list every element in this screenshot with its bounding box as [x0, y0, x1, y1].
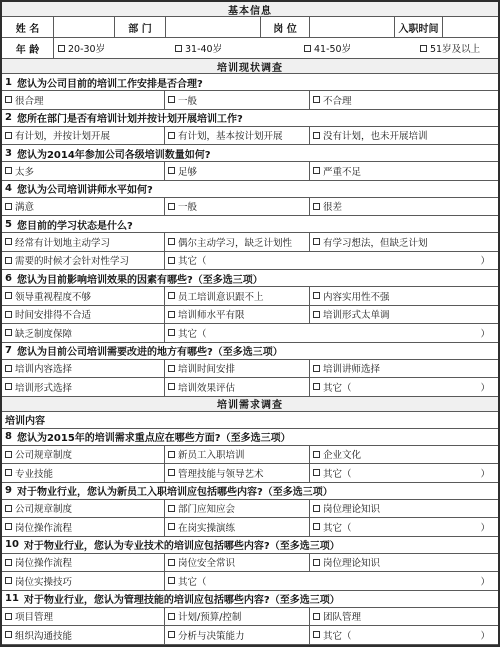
- options-row: 有计划，并按计划开展有计划，基本按计划开展没有计划，也未开展培训: [2, 127, 498, 146]
- name-label: 姓 名: [2, 17, 53, 37]
- checkbox-icon[interactable]: [313, 631, 320, 638]
- question-text: 您认为2014年参加公司各级培训数量如何?: [17, 146, 211, 161]
- option-label: 严重不足: [323, 164, 361, 178]
- age-option-cell[interactable]: 41-50岁: [304, 41, 420, 55]
- option-label: 培训讲师选择: [323, 361, 380, 375]
- question-text: 您认为公司目前的培训工作安排是否合理?: [17, 75, 203, 90]
- checkbox-icon[interactable]: [168, 559, 175, 566]
- option-label: 有计划，并按计划开展: [15, 128, 110, 142]
- option-cell[interactable]: 其它（）: [164, 252, 498, 270]
- checkbox-icon[interactable]: [313, 505, 320, 512]
- checkbox-icon[interactable]: [5, 613, 12, 620]
- checkbox-icon[interactable]: [5, 505, 12, 512]
- option-label: 其它（: [178, 326, 207, 340]
- option-label: 一般: [178, 93, 197, 107]
- option-cell[interactable]: 员工培训意识跟不上: [164, 287, 309, 305]
- age-row: 年 龄 20-30岁 31-40岁 41-50岁 51岁及以上: [2, 38, 498, 59]
- options-row: 公司规章制度部门应知应会岗位理论知识: [2, 500, 498, 519]
- name-input[interactable]: [53, 17, 114, 37]
- option-cell[interactable]: 没有计划，也未开展培训: [309, 127, 498, 145]
- option-label: 企业文化: [323, 447, 361, 461]
- age-options-cell: 20-30岁 31-40岁 41-50岁 51岁及以上: [53, 38, 498, 58]
- position-label: 岗 位: [260, 17, 309, 37]
- paren-close: ）: [480, 253, 498, 267]
- section-header: 培训需求调查: [2, 397, 498, 412]
- checkbox-icon[interactable]: [5, 577, 12, 584]
- option-label: 一般: [178, 199, 197, 213]
- question-text: 您认为2015年的培训需求重点应在哪些方面?（至多选三项）: [17, 429, 291, 444]
- option-label: 有学习想法，但缺乏计划: [323, 235, 428, 249]
- option-label: 领导重视程度不够: [15, 289, 91, 303]
- option-label: 培训形式选择: [15, 380, 72, 394]
- option-label: 20-30岁: [68, 41, 105, 55]
- option-label: 太多: [15, 164, 34, 178]
- question-text: 您认为公司培训讲师水平如何?: [17, 181, 153, 196]
- checkbox-icon[interactable]: [313, 451, 320, 458]
- option-label: 其它（: [323, 520, 352, 534]
- subsection-title: 培训内容: [2, 412, 498, 429]
- question-number: 4: [5, 183, 12, 194]
- option-label: 培训师水平有限: [178, 307, 245, 321]
- option-label: 管理技能与领导艺术: [178, 466, 264, 480]
- option-cell[interactable]: 培训形式选择: [2, 378, 164, 396]
- options-row: 满意一般很差: [2, 198, 498, 217]
- checkbox-icon[interactable]: [168, 577, 175, 584]
- option-cell[interactable]: 管理技能与领导艺术: [164, 464, 309, 482]
- option-label: 岗位实操技巧: [15, 574, 72, 588]
- question-text: 您所在部门是否有培训计划并按计划开展培训工作?: [17, 110, 243, 125]
- option-cell[interactable]: 太多: [2, 162, 164, 180]
- option-cell[interactable]: 岗位安全常识: [164, 554, 309, 572]
- option-cell[interactable]: 有学习想法，但缺乏计划: [309, 233, 498, 251]
- checkbox-icon[interactable]: [5, 469, 12, 476]
- checkbox-icon[interactable]: [5, 559, 12, 566]
- option-label: 组织沟通技能: [15, 628, 72, 642]
- option-label: 需要的时候才会针对性学习: [15, 253, 129, 267]
- question-title-row: 1您认为公司目前的培训工作安排是否合理?: [2, 74, 498, 91]
- option-cell[interactable]: 公司规章制度: [2, 500, 164, 518]
- option-cell[interactable]: 领导重视程度不够: [2, 287, 164, 305]
- checkbox-icon[interactable]: [168, 167, 175, 174]
- question-title-row: 9对于物业行业，您认为新员工入职培训应包括哪些内容?（至多选三项）: [2, 483, 498, 500]
- checkbox-icon[interactable]: [313, 383, 320, 390]
- age-label: 年 龄: [2, 38, 53, 58]
- question-title-row: 11对于物业行业，您认为管理技能的培训应包括哪些内容?（至多选三项）: [2, 591, 498, 608]
- option-label: 部门应知应会: [178, 501, 235, 515]
- checkbox-icon[interactable]: [58, 45, 65, 52]
- option-cell[interactable]: 其它（）: [164, 572, 498, 590]
- option-label: 足够: [178, 164, 197, 178]
- option-cell[interactable]: 岗位操作流程: [2, 518, 164, 536]
- checkbox-icon[interactable]: [313, 613, 320, 620]
- checkbox-icon[interactable]: [168, 257, 175, 264]
- checkbox-icon[interactable]: [168, 365, 175, 372]
- option-label: 很合理: [15, 93, 44, 107]
- option-cell[interactable]: 有计划，基本按计划开展: [164, 127, 309, 145]
- option-cell[interactable]: 组织沟通技能: [2, 626, 164, 644]
- option-label: 时间安排得不合适: [15, 307, 91, 321]
- question-number: 3: [5, 148, 12, 159]
- option-cell[interactable]: 经常有计划地主动学习: [2, 233, 164, 251]
- option-cell[interactable]: 培训时间安排: [164, 360, 309, 378]
- option-label: 培训内容选择: [15, 361, 72, 375]
- option-label: 公司规章制度: [15, 501, 72, 515]
- option-cell[interactable]: 培训讲师选择: [309, 360, 498, 378]
- fields-row: 姓 名 部 门 岗 位 入职时间: [2, 17, 498, 38]
- option-cell[interactable]: 公司规章制度: [2, 446, 164, 464]
- option-cell[interactable]: 在岗实操演练: [164, 518, 309, 536]
- option-cell[interactable]: 很差: [309, 198, 498, 216]
- question-text: 对于物业行业，您认为专业技术的培训应包括哪些内容?（至多选三项）: [24, 537, 340, 552]
- checkbox-icon[interactable]: [313, 469, 320, 476]
- options-row: 岗位实操技巧其它（）: [2, 572, 498, 591]
- question-text: 对于物业行业，您认为新员工入职培训应包括哪些内容?（至多选三项）: [17, 483, 333, 498]
- option-cell[interactable]: 其它（）: [309, 464, 498, 482]
- checkbox-icon[interactable]: [5, 631, 12, 638]
- option-cell[interactable]: 项目管理: [2, 608, 164, 626]
- option-label: 团队管理: [323, 609, 361, 623]
- checkbox-icon[interactable]: [5, 96, 12, 103]
- options-row: 公司规章制度新员工入职培训企业文化: [2, 446, 498, 465]
- option-label: 培训效果评估: [178, 380, 235, 394]
- checkbox-icon[interactable]: [5, 329, 12, 336]
- survey-sections: 培训现状调查1您认为公司目前的培训工作安排是否合理?很合理一般不合理2您所在部门…: [2, 59, 498, 645]
- survey-form: 基本信息 姓 名 部 门 岗 位 入职时间 年 龄 20-30岁 31-40岁 …: [0, 0, 500, 647]
- option-label: 内容实用性不强: [323, 289, 390, 303]
- checkbox-icon[interactable]: [313, 292, 320, 299]
- options-row: 太多足够严重不足: [2, 162, 498, 181]
- option-label: 31-40岁: [185, 41, 222, 55]
- department-input[interactable]: [165, 17, 260, 37]
- checkbox-icon[interactable]: [5, 311, 12, 318]
- option-label: 有计划，基本按计划开展: [178, 128, 283, 142]
- checkbox-icon[interactable]: [168, 613, 175, 620]
- option-cell[interactable]: 企业文化: [309, 446, 498, 464]
- question-text: 您目前的学习状态是什么?: [17, 217, 133, 232]
- option-label: 岗位操作流程: [15, 555, 72, 569]
- option-cell[interactable]: 其它（）: [309, 626, 498, 644]
- department-label: 部 门: [114, 17, 165, 37]
- option-cell[interactable]: 严重不足: [309, 162, 498, 180]
- paren-close: ）: [480, 520, 498, 534]
- option-label: 培训形式太单调: [323, 307, 390, 321]
- question-title-row: 5您目前的学习状态是什么?: [2, 216, 498, 233]
- checkbox-icon[interactable]: [168, 203, 175, 210]
- option-label: 很差: [323, 199, 342, 213]
- option-cell[interactable]: 岗位操作流程: [2, 554, 164, 572]
- checkbox-icon[interactable]: [168, 311, 175, 318]
- option-cell[interactable]: 时间安排得不合适: [2, 306, 164, 324]
- checkbox-icon[interactable]: [5, 451, 12, 458]
- options-row: 项目管理计划/预算/控制团队管理: [2, 608, 498, 627]
- hire-date-input[interactable]: [442, 17, 498, 37]
- checkbox-icon[interactable]: [313, 96, 320, 103]
- option-cell[interactable]: 培训形式太单调: [309, 306, 498, 324]
- option-label: 其它（: [323, 628, 352, 642]
- option-label: 公司规章制度: [15, 447, 72, 461]
- option-label: 岗位理论知识: [323, 555, 380, 569]
- checkbox-icon[interactable]: [313, 167, 320, 174]
- option-cell[interactable]: 满意: [2, 198, 164, 216]
- option-label: 岗位操作流程: [15, 520, 72, 534]
- option-label: 分析与决策能力: [178, 628, 245, 642]
- option-label: 经常有计划地主动学习: [15, 235, 110, 249]
- option-label: 没有计划，也未开展培训: [323, 128, 428, 142]
- option-cell[interactable]: 专业技能: [2, 464, 164, 482]
- option-cell[interactable]: 岗位理论知识: [309, 554, 498, 572]
- options-row: 很合理一般不合理: [2, 91, 498, 110]
- options-row: 组织沟通技能分析与决策能力其它（）: [2, 626, 498, 645]
- checkbox-icon[interactable]: [5, 132, 12, 139]
- options-row: 需要的时候才会针对性学习其它（）: [2, 252, 498, 271]
- checkbox-icon[interactable]: [5, 257, 12, 264]
- checkbox-icon[interactable]: [168, 523, 175, 530]
- question-number: 9: [5, 485, 12, 496]
- question-title-row: 4您认为公司培训讲师水平如何?: [2, 181, 498, 198]
- checkbox-icon[interactable]: [5, 238, 12, 245]
- option-label: 41-50岁: [314, 41, 351, 55]
- option-label: 计划/预算/控制: [178, 609, 241, 623]
- option-label: 其它（: [323, 466, 352, 480]
- option-label: 培训时间安排: [178, 361, 235, 375]
- option-cell[interactable]: 需要的时候才会针对性学习: [2, 252, 164, 270]
- checkbox-icon[interactable]: [168, 383, 175, 390]
- option-cell[interactable]: 内容实用性不强: [309, 287, 498, 305]
- paren-close: ）: [480, 628, 498, 642]
- option-cell[interactable]: 分析与决策能力: [164, 626, 309, 644]
- option-cell[interactable]: 其它（）: [309, 378, 498, 396]
- checkbox-icon[interactable]: [5, 365, 12, 372]
- question-text: 您认为目前影响培训效果的因素有哪些?（至多选三项）: [17, 271, 263, 286]
- option-label: 岗位理论知识: [323, 501, 380, 515]
- question-number: 10: [5, 539, 19, 550]
- question-number: 11: [5, 593, 19, 604]
- checkbox-icon[interactable]: [168, 96, 175, 103]
- option-cell[interactable]: 一般: [164, 198, 309, 216]
- option-label: 其它（: [323, 380, 352, 394]
- option-cell[interactable]: 其它（）: [309, 518, 498, 536]
- checkbox-icon[interactable]: [168, 132, 175, 139]
- option-label: 缺乏制度保障: [15, 326, 72, 340]
- question-title-row: 8您认为2015年的培训需求重点应在哪些方面?（至多选三项）: [2, 429, 498, 446]
- option-cell[interactable]: 培训内容选择: [2, 360, 164, 378]
- options-row: 经常有计划地主动学习偶尔主动学习，缺乏计划性有学习想法，但缺乏计划: [2, 233, 498, 252]
- checkbox-icon[interactable]: [313, 523, 320, 530]
- options-row: 缺乏制度保障其它（）: [2, 324, 498, 343]
- question-number: 8: [5, 431, 12, 442]
- checkbox-icon[interactable]: [304, 45, 311, 52]
- option-cell[interactable]: 培训效果评估: [164, 378, 309, 396]
- option-label: 新员工入职培训: [178, 447, 245, 461]
- option-cell[interactable]: 岗位实操技巧: [2, 572, 164, 590]
- option-cell[interactable]: 很合理: [2, 91, 164, 109]
- checkbox-icon[interactable]: [168, 329, 175, 336]
- option-cell[interactable]: 部门应知应会: [164, 500, 309, 518]
- checkbox-icon[interactable]: [313, 203, 320, 210]
- checkbox-icon[interactable]: [5, 383, 12, 390]
- checkbox-icon[interactable]: [168, 631, 175, 638]
- checkbox-icon[interactable]: [175, 45, 182, 52]
- options-row: 培训形式选择培训效果评估其它（）: [2, 378, 498, 397]
- age-option-cell[interactable]: 31-40岁: [175, 41, 304, 55]
- question-title-row: 6您认为目前影响培训效果的因素有哪些?（至多选三项）: [2, 270, 498, 287]
- paren-close: ）: [480, 466, 498, 480]
- option-cell[interactable]: 其它（）: [164, 324, 498, 342]
- paren-close: ）: [480, 380, 498, 394]
- options-row: 岗位操作流程岗位安全常识岗位理论知识: [2, 554, 498, 573]
- option-label: 在岗实操演练: [178, 520, 235, 534]
- question-title-row: 7您认为目前公司培训需要改进的地方有哪些?（至多选三项）: [2, 343, 498, 360]
- option-cell[interactable]: 计划/预算/控制: [164, 608, 309, 626]
- question-title-row: 3您认为2014年参加公司各级培训数量如何?: [2, 145, 498, 162]
- question-title-row: 2您所在部门是否有培训计划并按计划开展培训工作?: [2, 110, 498, 127]
- option-label: 51岁及以上: [430, 41, 480, 55]
- question-text: 对于物业行业，您认为管理技能的培训应包括哪些内容?（至多选三项）: [24, 591, 340, 606]
- checkbox-icon[interactable]: [313, 559, 320, 566]
- option-cell[interactable]: 缺乏制度保障: [2, 324, 164, 342]
- options-row: 培训内容选择培训时间安排培训讲师选择: [2, 360, 498, 379]
- checkbox-icon[interactable]: [168, 451, 175, 458]
- checkbox-icon[interactable]: [313, 238, 320, 245]
- option-label: 不合理: [323, 93, 352, 107]
- option-label: 专业技能: [15, 466, 53, 480]
- checkbox-icon[interactable]: [313, 365, 320, 372]
- question-number: 5: [5, 219, 12, 230]
- option-cell[interactable]: 有计划，并按计划开展: [2, 127, 164, 145]
- option-cell[interactable]: 一般: [164, 91, 309, 109]
- question-text: 您认为目前公司培训需要改进的地方有哪些?（至多选三项）: [17, 343, 283, 358]
- checkbox-icon[interactable]: [5, 203, 12, 210]
- option-cell[interactable]: 偶尔主动学习，缺乏计划性: [164, 233, 309, 251]
- option-label: 其它（: [178, 253, 207, 267]
- option-cell[interactable]: 新员工入职培训: [164, 446, 309, 464]
- option-cell[interactable]: 足够: [164, 162, 309, 180]
- option-cell[interactable]: 岗位理论知识: [309, 500, 498, 518]
- option-label: 其它（: [178, 574, 207, 588]
- checkbox-icon[interactable]: [5, 292, 12, 299]
- option-cell[interactable]: 团队管理: [309, 608, 498, 626]
- checkbox-icon[interactable]: [313, 132, 320, 139]
- question-number: 2: [5, 112, 12, 123]
- age-option-cell[interactable]: 20-30岁: [58, 41, 175, 55]
- checkbox-icon[interactable]: [168, 505, 175, 512]
- option-label: 员工培训意识跟不上: [178, 289, 264, 303]
- option-label: 项目管理: [15, 609, 53, 623]
- question-number: 1: [5, 77, 12, 88]
- checkbox-icon[interactable]: [168, 238, 175, 245]
- section-header: 培训现状调查: [2, 59, 498, 74]
- position-input[interactable]: [309, 17, 394, 37]
- age-option-cell[interactable]: 51岁及以上: [420, 41, 498, 55]
- options-row: 领导重视程度不够员工培训意识跟不上内容实用性不强: [2, 287, 498, 306]
- paren-close: ）: [480, 326, 498, 340]
- checkbox-icon[interactable]: [5, 167, 12, 174]
- option-cell[interactable]: 不合理: [309, 91, 498, 109]
- hire-date-label: 入职时间: [394, 17, 442, 37]
- option-cell[interactable]: 培训师水平有限: [164, 306, 309, 324]
- checkbox-icon[interactable]: [313, 311, 320, 318]
- options-row: 专业技能管理技能与领导艺术其它（）: [2, 464, 498, 483]
- checkbox-icon[interactable]: [168, 292, 175, 299]
- option-label: 偶尔主动学习，缺乏计划性: [178, 235, 292, 249]
- option-label: 岗位安全常识: [178, 555, 235, 569]
- checkbox-icon[interactable]: [5, 523, 12, 530]
- paren-close: ）: [480, 574, 498, 588]
- option-label: 满意: [15, 199, 34, 213]
- options-row: 岗位操作流程在岗实操演练其它（）: [2, 518, 498, 537]
- checkbox-icon[interactable]: [420, 45, 427, 52]
- question-number: 7: [5, 345, 12, 356]
- question-title-row: 10对于物业行业，您认为专业技术的培训应包括哪些内容?（至多选三项）: [2, 537, 498, 554]
- options-row: 时间安排得不合适培训师水平有限培训形式太单调: [2, 306, 498, 325]
- checkbox-icon[interactable]: [168, 469, 175, 476]
- question-number: 6: [5, 273, 12, 284]
- section-header-basic-info: 基本信息: [2, 2, 498, 17]
